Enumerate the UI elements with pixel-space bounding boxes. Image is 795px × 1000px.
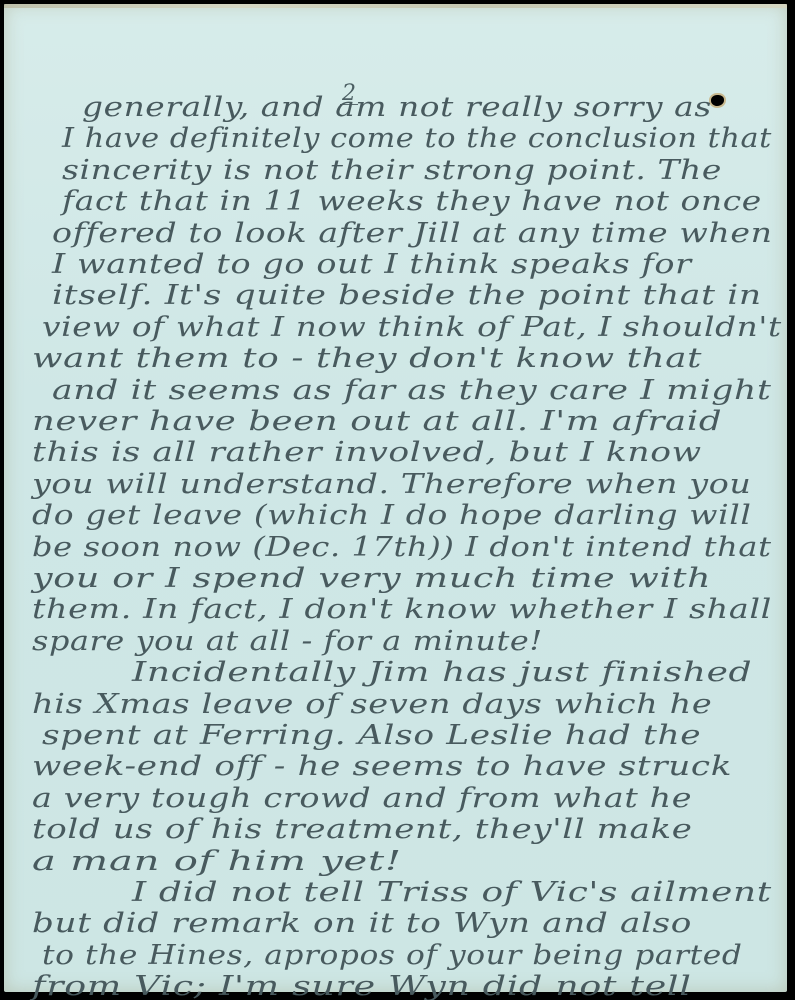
- handwritten-line: view of what I now think of Pat, I shoul…: [42, 312, 782, 343]
- handwritten-line: be soon now (Dec. 17th)) I don't intend …: [32, 532, 772, 563]
- handwritten-line: and it seems as far as they care I might: [52, 375, 772, 406]
- handwritten-line: sincerity is not their strong point. The: [62, 155, 722, 186]
- handwritten-line: I have definitely come to the conclusion…: [62, 123, 772, 154]
- handwritten-line: but did remark on it to Wyn and also: [32, 908, 692, 939]
- handwritten-line: a very tough crowd and from what he: [32, 783, 692, 814]
- handwritten-line: spent at Ferring. Also Leslie had the: [42, 720, 701, 751]
- handwritten-line: you or I spend very much time with: [32, 563, 711, 594]
- handwritten-text-body: generally, and am not really sorry asI h…: [4, 4, 787, 992]
- handwritten-line: generally, and am not really sorry as: [82, 92, 712, 123]
- handwritten-line: from Vic; I'm sure Wyn did not tell: [32, 971, 692, 1000]
- handwritten-line: you will understand. Therefore when you: [32, 469, 751, 500]
- handwritten-line: Incidentally Jim has just finished: [132, 657, 752, 688]
- handwritten-line: offered to look after Jill at any time w…: [52, 218, 773, 249]
- handwritten-line: his Xmas leave of seven days which he: [32, 689, 712, 720]
- letter-page: 2 generally, and am not really sorry asI…: [4, 4, 787, 992]
- handwritten-line: week-end off - he seems to have struck: [32, 751, 732, 782]
- handwritten-line: told us of his treatment, they'll make: [32, 814, 692, 845]
- handwritten-line: spare you at all - for a minute!: [32, 626, 543, 657]
- handwritten-line: them. In fact, I don't know whether I sh…: [32, 594, 772, 625]
- handwritten-line: do get leave (which I do hope darling wi…: [32, 500, 752, 531]
- handwritten-line: I wanted to go out I think speaks for: [52, 249, 692, 280]
- handwritten-line: itself. It's quite beside the point that…: [52, 280, 762, 311]
- handwritten-line: this is all rather involved, but I know: [32, 437, 702, 468]
- handwritten-line: to the Hines, apropos of your being part…: [42, 940, 742, 971]
- handwritten-line: want them to - they don't know that: [32, 343, 702, 374]
- handwritten-line: I did not tell Triss of Vic's ailment: [132, 877, 772, 908]
- handwritten-line: never have been out at all. I'm afraid: [32, 406, 722, 437]
- handwritten-line: a man of him yet!: [32, 846, 402, 877]
- handwritten-line: fact that in 11 weeks they have not once: [62, 186, 762, 217]
